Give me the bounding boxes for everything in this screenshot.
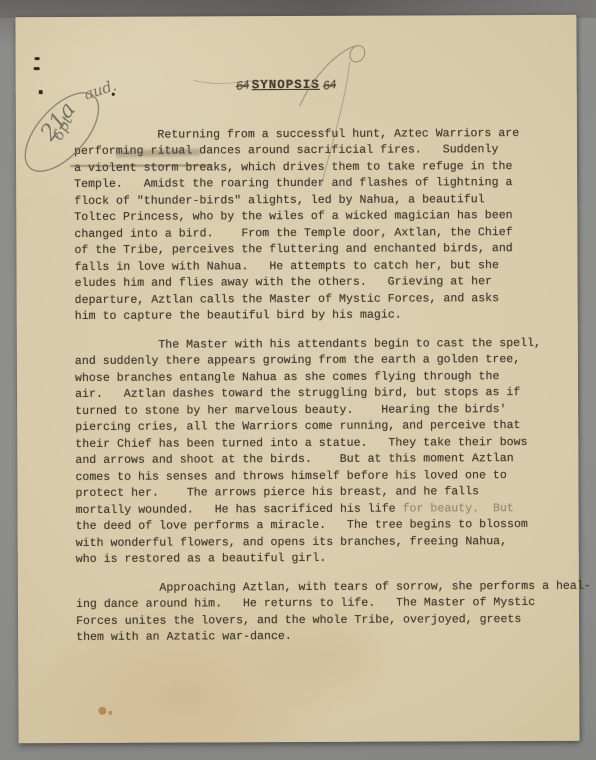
typed-line: comes to his senses and throws himself b…	[75, 467, 578, 486]
paragraph-3: Approaching Aztlan, with tears of sorrow…	[76, 578, 579, 646]
typed-line: Temple. Amidst the roaring thunder and f…	[74, 175, 577, 194]
stain-spot	[98, 707, 106, 715]
typed-line: the deed of love performs a miracle. The…	[76, 517, 579, 536]
paragraph-2: The Master with his attendants begin to …	[75, 335, 579, 568]
typed-line: Returning from a successful hunt, Aztec …	[74, 125, 577, 144]
typed-body: Returning from a successful hunt, Aztec …	[74, 125, 579, 646]
ink-dot	[112, 93, 115, 96]
ink-dot	[39, 90, 43, 94]
stain-spot	[108, 711, 112, 715]
annotation-word-6pt: 6pt	[49, 113, 77, 144]
typed-line: with wonderful flowers, and opens its br…	[76, 533, 579, 552]
erasure-smudge	[398, 502, 536, 516]
page-title-row: 64SYNOPSIS64	[199, 59, 577, 110]
typed-flourish-right: 64	[322, 76, 337, 94]
typed-line: piercing cries, all the Warriors come ru…	[75, 418, 578, 437]
typed-line: and suddenly there appears growing from …	[75, 352, 578, 371]
typed-line: air. Aztlan dashes toward the struggling…	[75, 385, 578, 404]
typed-line: and arrows and shoot at the birds. But a…	[75, 451, 578, 470]
typed-line: Forces unites the lovers, and the whole …	[76, 611, 579, 630]
annotation-word-aud: aud.	[82, 76, 119, 103]
typed-flourish-left: 64	[235, 77, 250, 95]
typed-line: Toltec Princess, who by the wiles of a w…	[74, 208, 577, 227]
typed-line: of the Tribe, perceives the fluttering a…	[74, 241, 577, 260]
typed-line: them with an Aztatic war-dance.	[76, 628, 579, 647]
typed-line: him to capture the beautiful bird by his…	[75, 307, 578, 326]
typed-line: who is restored as a beautiful girl.	[76, 550, 579, 569]
ink-dot	[34, 67, 40, 70]
typed-line: ing dance around him. He returns to life…	[76, 595, 579, 614]
ink-dot	[35, 57, 40, 60]
typewritten-page: 64SYNOPSIS64 Returning from a successful…	[15, 15, 579, 743]
page-title: SYNOPSIS	[252, 77, 320, 91]
